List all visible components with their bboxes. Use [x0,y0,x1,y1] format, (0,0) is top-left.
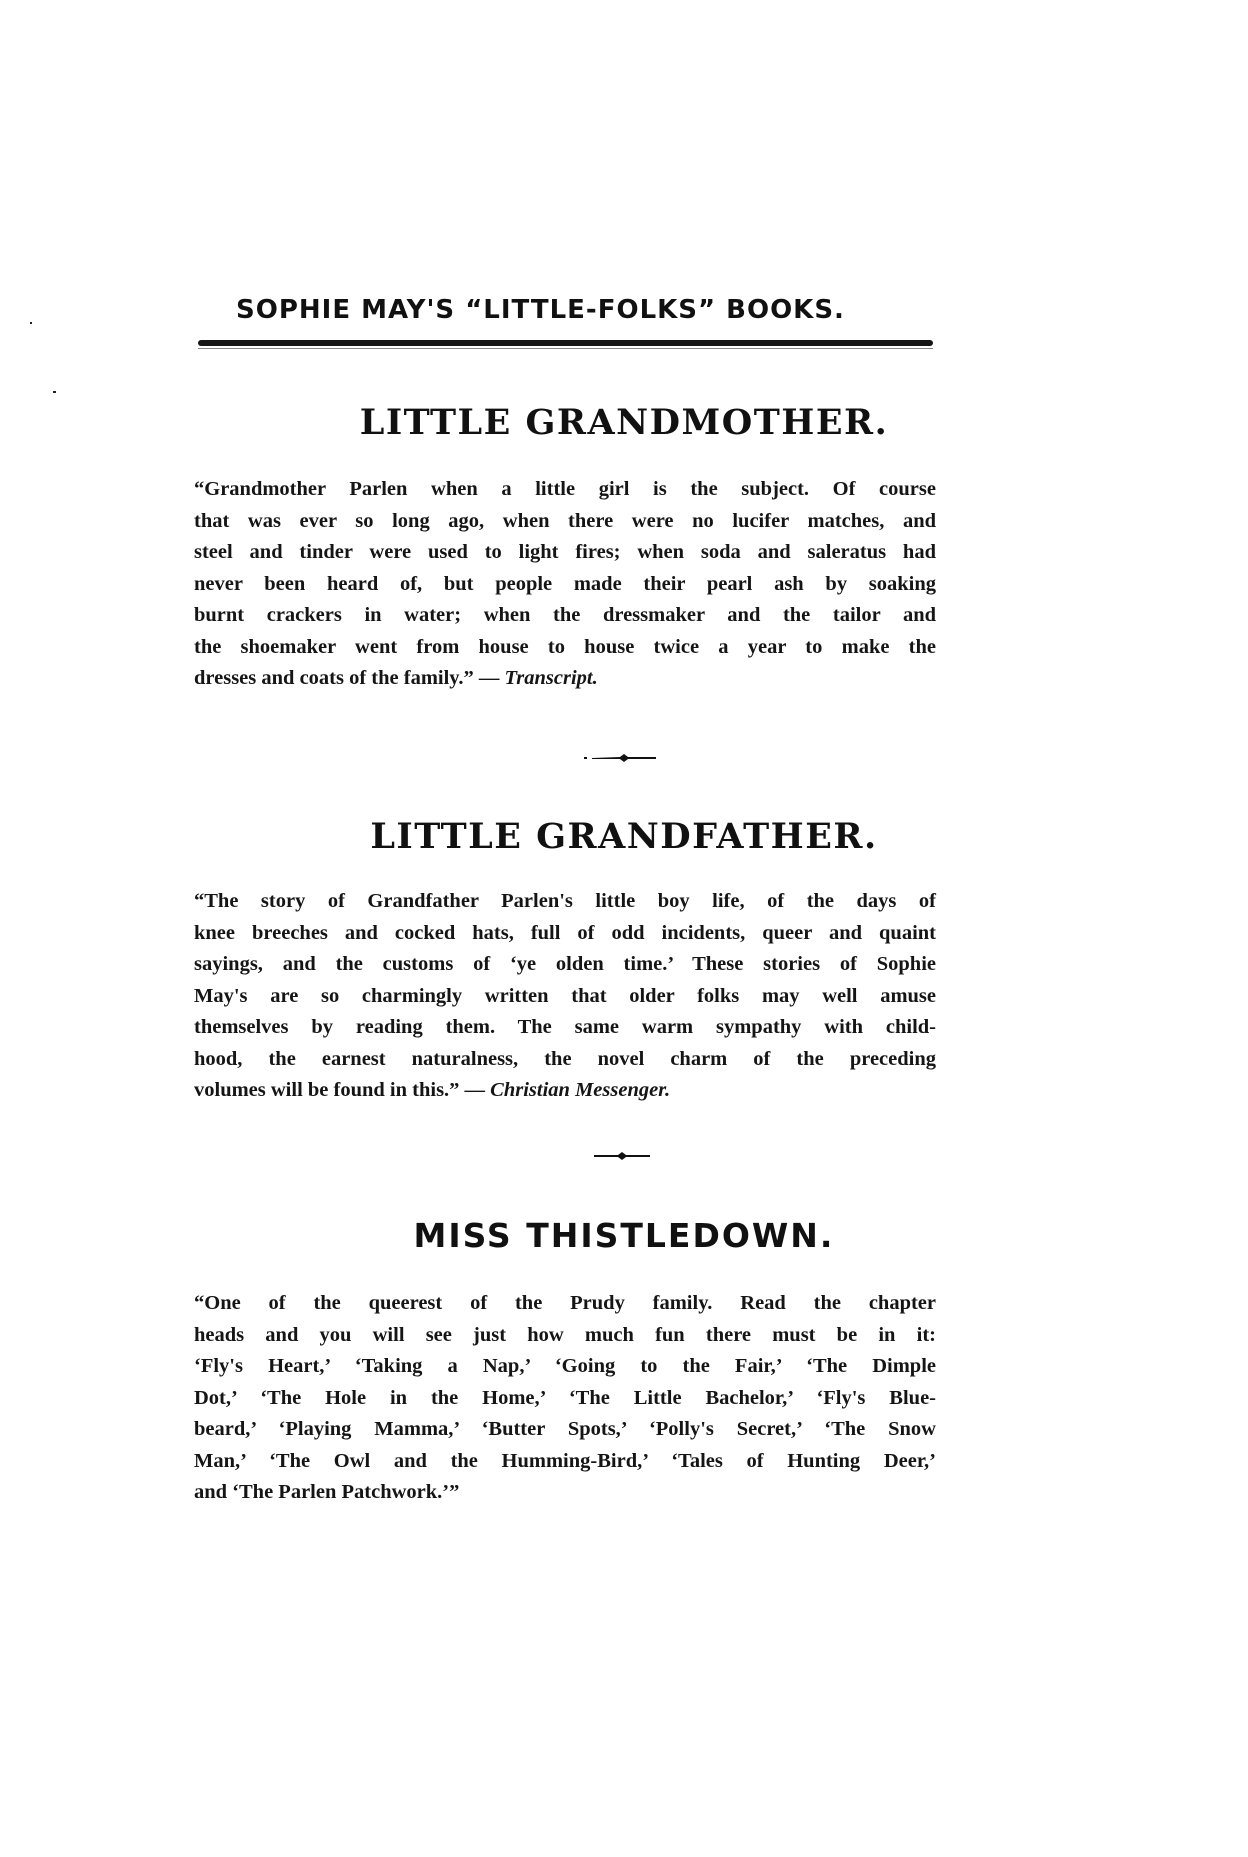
blurb-line: Man,’ ‘The Owl and the Humming-Bird,’ ‘T… [194,1446,936,1478]
blurb-line: that was ever so long ago, when there we… [194,506,936,538]
blurb-line: “One of the queerest of the Prudy family… [194,1288,936,1320]
ornament-rule-icon [584,753,664,763]
scan-speck [30,322,32,324]
header-rule-thin [198,348,933,349]
running-head: SOPHIE MAY'S “LITTLE-FOLKS” BOOKS. [236,295,936,325]
blurb-line: beard,’ ‘Playing Mamma,’ ‘Butter Spots,’… [194,1414,936,1446]
blurb-line: the shoemaker went from house to house t… [194,632,936,664]
blurb-little-grandmother: “Grandmother Parlen when a little girl i… [194,474,936,695]
blurb-line: steel and tinder were used to light fire… [194,537,936,569]
blurb-line: dresses and coats of the family.” — [194,667,505,689]
blurb-line-with-source: dresses and coats of the family.” — Tran… [194,663,936,695]
blurb-line: ‘Fly's Heart,’ ‘Taking a Nap,’ ‘Going to… [194,1351,936,1383]
section-divider-ornament [0,1151,1248,1161]
blurb-line: heads and you will see just how much fun… [194,1320,936,1352]
blurb-miss-thistledown: “One of the queerest of the Prudy family… [194,1288,936,1509]
blurb-line: May's are so charmingly written that old… [194,981,936,1013]
section-divider-ornament [0,753,1248,763]
blurb-line: “Grandmother Parlen when a little girl i… [194,474,936,506]
blurb-line: Dot,’ ‘The Hole in the Home,’ ‘The Littl… [194,1383,936,1415]
section-title-little-grandmother: LITTLE GRANDMOTHER. [0,402,1248,443]
blurb-little-grandfather: “The story of Grandfather Parlen's littl… [194,886,936,1107]
scan-speck [53,391,56,393]
blurb-line: themselves by reading them. The same war… [194,1012,936,1044]
ornament-rule-icon [594,1151,654,1161]
section-title-miss-thistledown: MISS THISTLEDOWN. [0,1216,1248,1255]
blurb-line: sayings, and the customs of ‘ye olden ti… [194,949,936,981]
blurb-line: knee breeches and cocked hats, full of o… [194,918,936,950]
blurb-line: hood, the earnest naturalness, the novel… [194,1044,936,1076]
blurb-line-with-source: volumes will be found in this.” — Christ… [194,1075,936,1107]
blurb-line: burnt crackers in water; when the dressm… [194,600,936,632]
header-rule [198,340,933,346]
document-page: SOPHIE MAY'S “LITTLE-FOLKS” BOOKS. LITTL… [0,0,1248,1857]
blurb-line: “The story of Grandfather Parlen's littl… [194,886,936,918]
blurb-line: and ‘The Parlen Patchwork.’” [194,1477,936,1509]
blurb-line: never been heard of, but people made the… [194,569,936,601]
blurb-line: volumes will be found in this.” — [194,1079,490,1101]
section-title-little-grandfather: LITTLE GRANDFATHER. [0,816,1248,857]
blurb-source: Christian Messenger. [490,1079,670,1101]
blurb-source: Transcript. [505,667,598,689]
